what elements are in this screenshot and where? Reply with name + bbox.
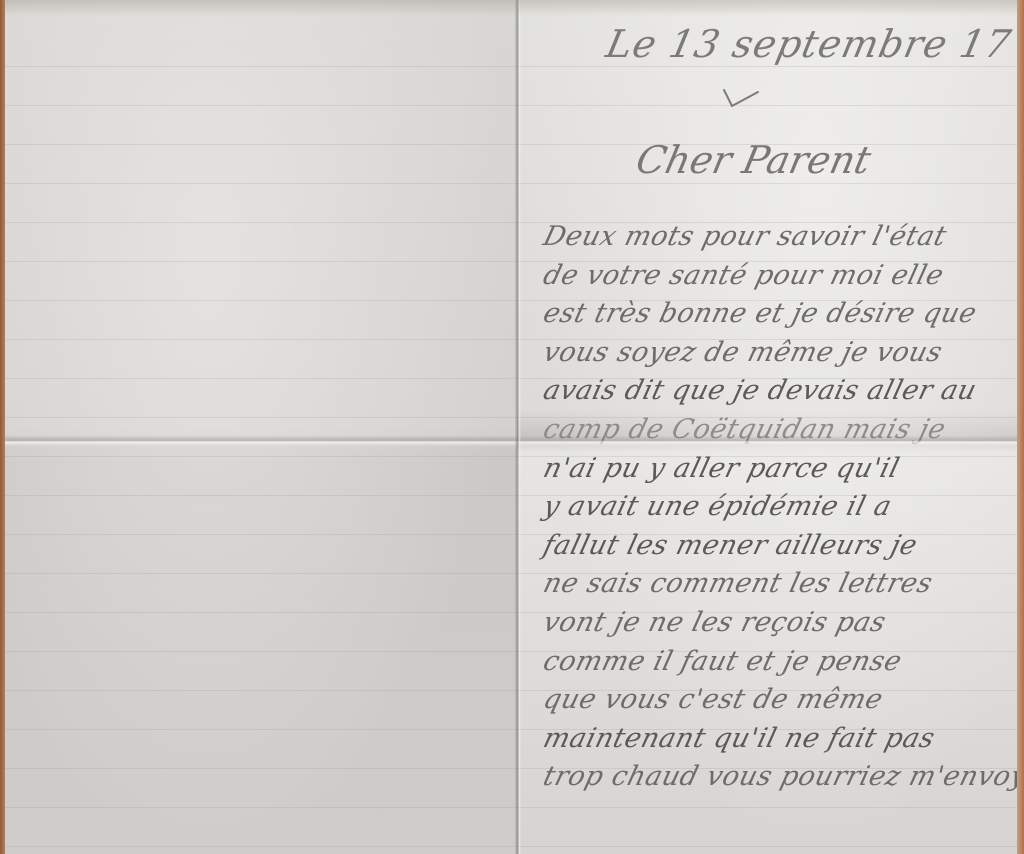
handwritten-letter: Le 13 septembre 17 Cher Parent Deux mots… [517, 0, 1017, 854]
letter-line: Deux mots pour savoir l'état [539, 218, 1017, 257]
letter-line: avais dit que je devais aller au [539, 372, 1017, 411]
letter-line: fallut les mener ailleurs je [539, 527, 1017, 566]
ruled-lines [5, 0, 517, 854]
letter-date: Le 13 septembre 17 [602, 22, 1015, 66]
letter-line: comme il faut et je pense [539, 643, 1017, 682]
wooden-table-edge-right [1016, 0, 1024, 854]
letter-line: que vous c'est de même [539, 681, 1017, 720]
horizontal-fold-crease [5, 436, 1017, 446]
letter-line: y avait une épidémie il a [539, 488, 1017, 527]
letter-line: n'ai pu y aller parce qu'il [539, 450, 1017, 489]
check-mark-icon [722, 86, 762, 110]
vertical-fold-crease [515, 0, 521, 854]
letter-line: est très bonne et je désire que [539, 295, 1017, 334]
letter-line: vont je ne les reçois pas [539, 604, 1017, 643]
letter-sheet: Le 13 septembre 17 Cher Parent Deux mots… [5, 0, 1017, 854]
written-right-page: Le 13 septembre 17 Cher Parent Deux mots… [517, 0, 1017, 854]
letter-line: de votre santé pour moi elle [539, 257, 1017, 296]
letter-line: vous soyez de même je vous [539, 334, 1017, 373]
letter-photograph: Le 13 septembre 17 Cher Parent Deux mots… [0, 0, 1024, 854]
letter-line: ne sais comment les lettres [539, 565, 1017, 604]
letter-body: Deux mots pour savoir l'état de votre sa… [539, 218, 1017, 797]
letter-salutation: Cher Parent [632, 138, 875, 182]
letter-line: trop chaud vous pourriez m'envoyer [539, 758, 1017, 797]
blank-left-page [5, 0, 517, 854]
letter-line: maintenant qu'il ne fait pas [539, 720, 1017, 759]
top-edge-shadow [5, 0, 1017, 16]
